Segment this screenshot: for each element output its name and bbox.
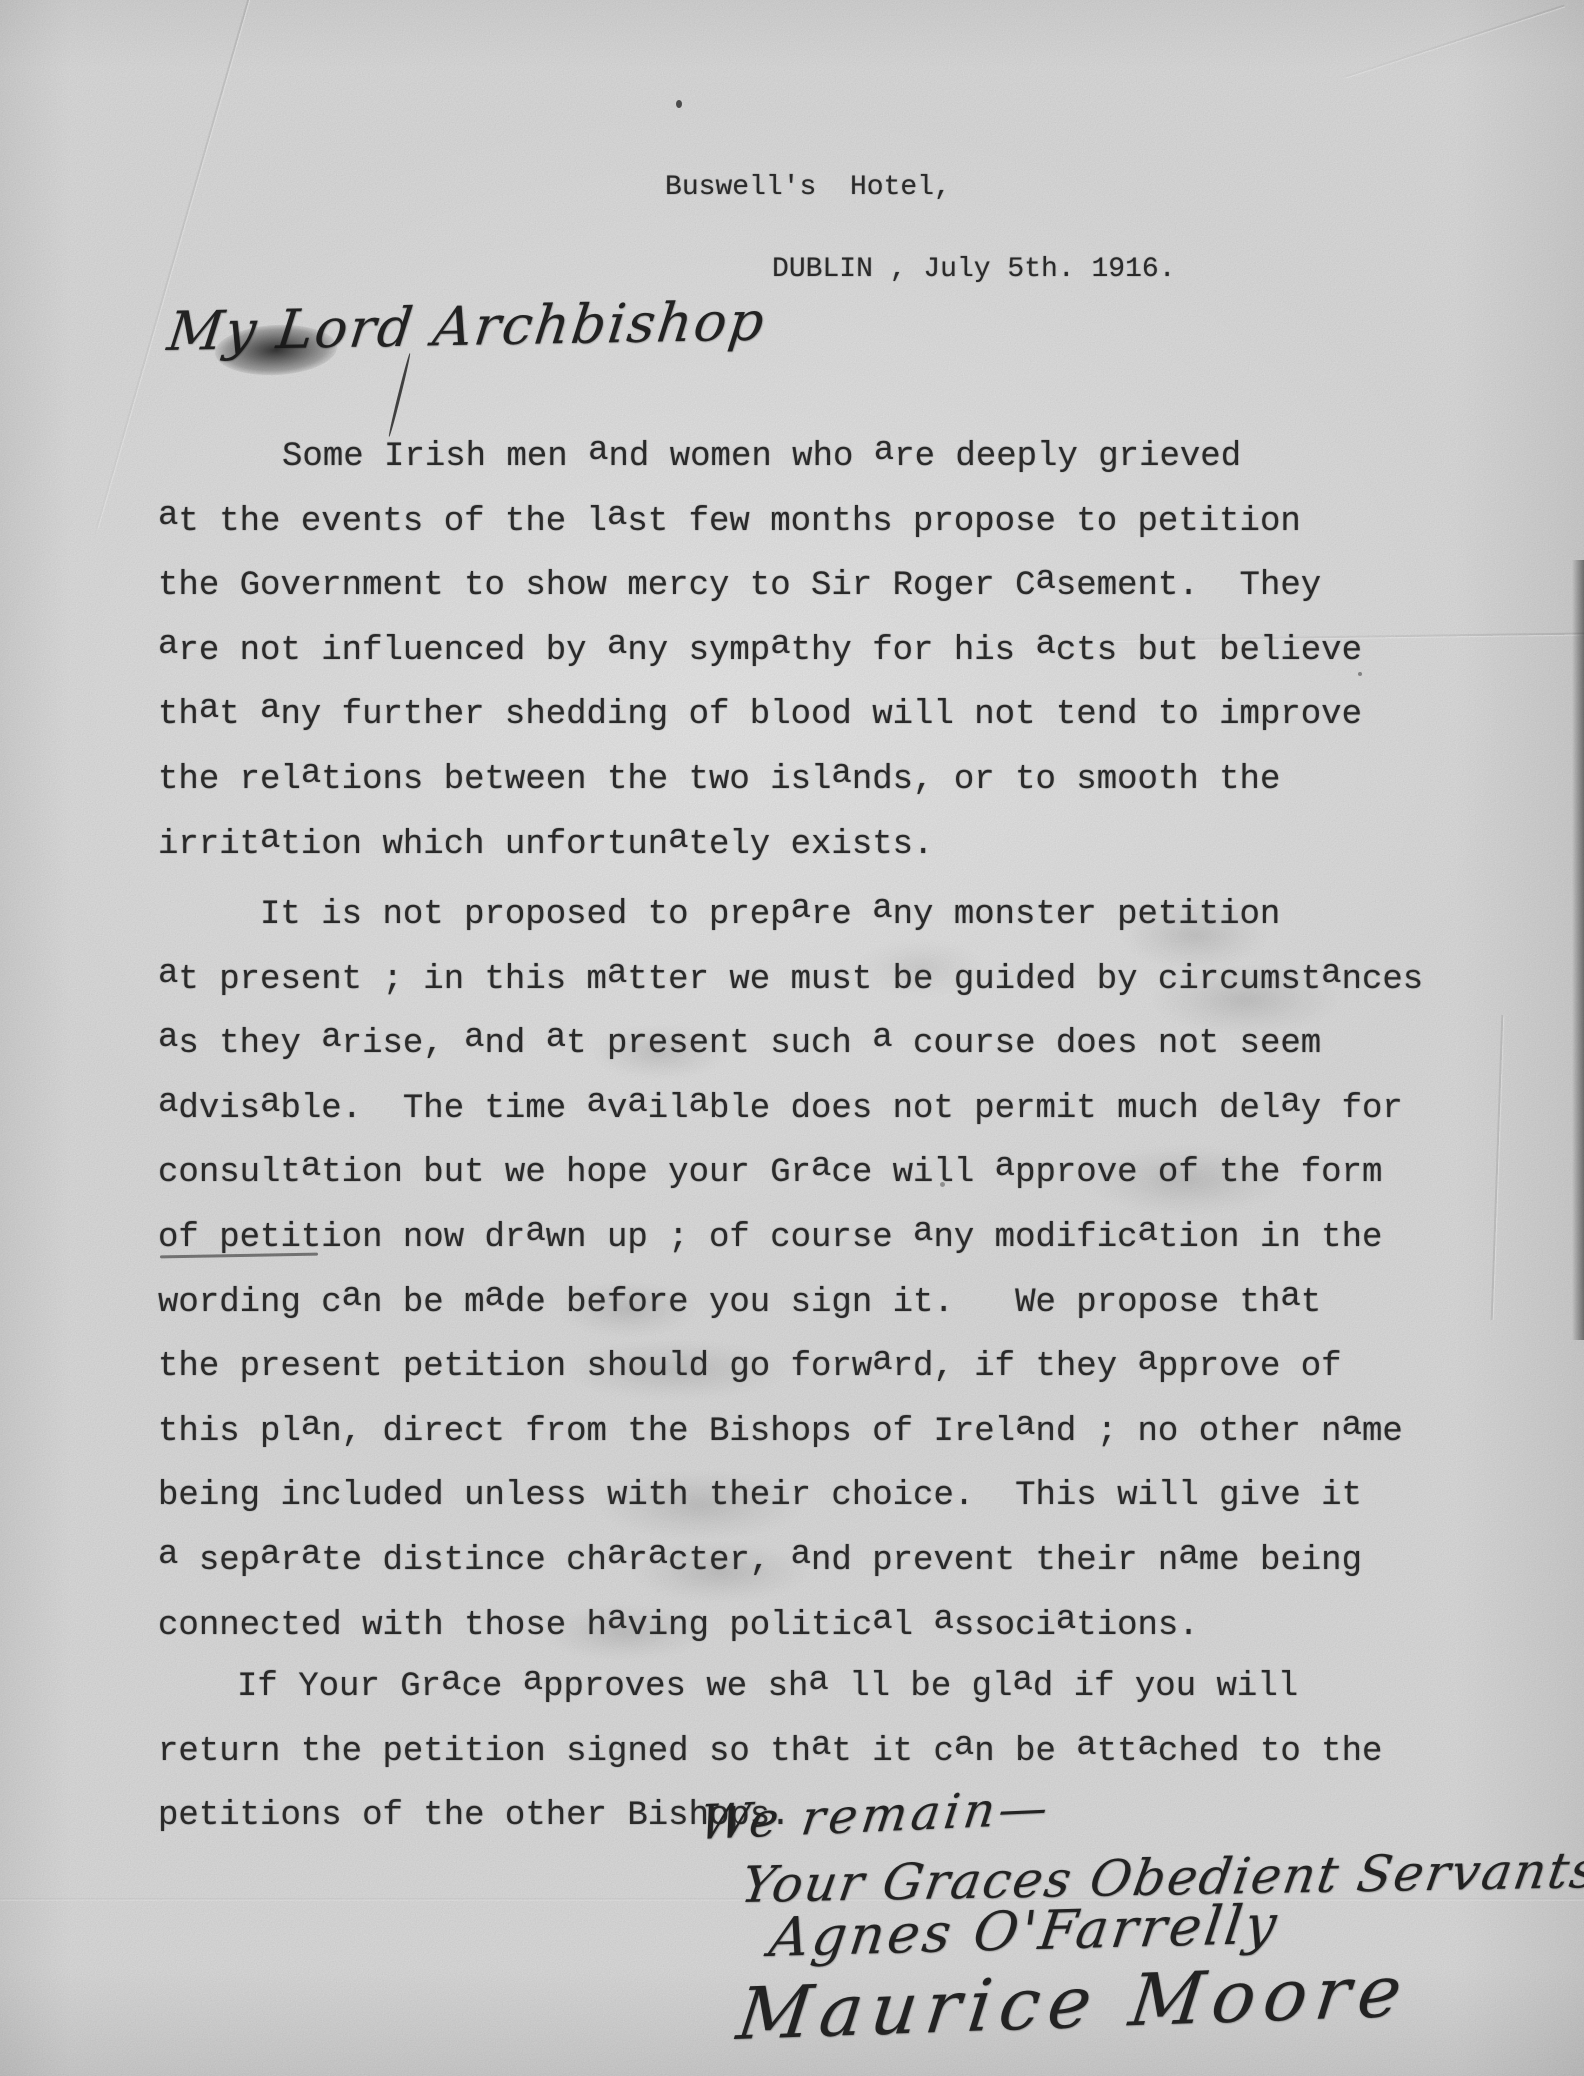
paragraph-2: It is not proposed to prepare any monste… (158, 883, 1423, 1658)
typed-line: at present ; in this matter we must be g… (158, 948, 1423, 1013)
typed-line: advisable. The time available does not p… (158, 1077, 1423, 1142)
typed-line: that any further shedding of blood will … (158, 683, 1362, 748)
header-dateline: DUBLIN , July 5th. 1916. (772, 256, 1176, 284)
typed-line: being included unless with their choice.… (158, 1464, 1423, 1529)
typed-line: It is not proposed to prepare any monste… (158, 883, 1423, 948)
typed-line: If Your Grace approves we sha ll be glad… (158, 1655, 1382, 1720)
scan-edge-shadow (1572, 560, 1584, 1340)
typed-line: a separate distince character, and preve… (158, 1529, 1423, 1594)
typed-line: are not influenced by any sympathy for h… (158, 619, 1362, 684)
paragraph-1: Some Irish men and women who are deeply … (158, 425, 1362, 877)
typed-line: wording can be made before you sign it. … (158, 1271, 1423, 1336)
paper-crease-vertical-right (1491, 1015, 1504, 1320)
letter-page: Buswell's Hotel, DUBLIN , July 5th. 1916… (0, 0, 1584, 2076)
typed-line: return the petition signed so that it ca… (158, 1720, 1382, 1785)
typed-line: the present petition should go forward, … (158, 1335, 1423, 1400)
typed-line: the Government to show mercy to Sir Roge… (158, 554, 1362, 619)
typed-line: irritation which unfortunately exists. (158, 813, 1362, 878)
typed-line: the relations between the two islands, o… (158, 748, 1362, 813)
typed-line: connected with those having political as… (158, 1594, 1423, 1659)
typed-line: this plan, direct from the Bishops of Ir… (158, 1400, 1423, 1465)
paper-crease-top-right (1345, 5, 1564, 78)
typed-line: consultation but we hope your Grace will… (158, 1141, 1423, 1206)
typed-line: Some Irish men and women who are deeply … (158, 425, 1362, 490)
typed-line: as they arise, and at present such a cou… (158, 1012, 1423, 1077)
typed-line: at the events of the last few months pro… (158, 490, 1362, 555)
ink-speck (676, 100, 682, 108)
header-hotel-address: Buswell's Hotel, (665, 174, 951, 202)
typed-line: of petition now drawn up ; of course any… (158, 1206, 1423, 1271)
